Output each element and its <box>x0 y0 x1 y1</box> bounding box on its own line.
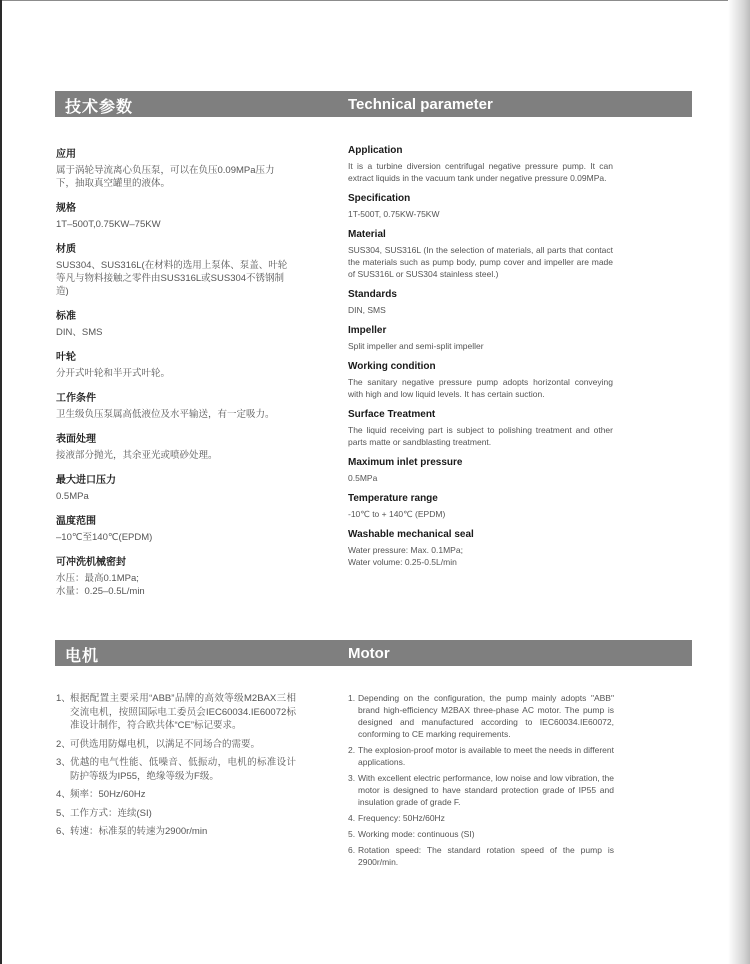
motor-item-cn: 4、频率：50Hz/60Hz <box>56 788 296 802</box>
section-header-motor: 电机 Motor <box>55 640 692 666</box>
param-value: 1T-500T, 0.75KW-75KW <box>348 208 613 220</box>
param-value: 接液部分抛光，其余亚光或喷砂处理。 <box>56 449 291 462</box>
motor-list-cn: 1、根据配置主要采用“ABB”品牌的高效等级M2BAX三相交流电机，按照国际电工… <box>56 692 296 844</box>
param-value: The sanitary negative pressure pump adop… <box>348 376 613 400</box>
item-text: Rotation speed: The standard rotation sp… <box>358 844 614 868</box>
param-label: 叶轮 <box>56 348 291 363</box>
param-value: It is a turbine diversion centrifugal ne… <box>348 160 613 184</box>
params-list-cn: 应用属于涡轮导流离心负压泵，可以在负压0.09MPa压力下，抽取真空罐里的液体。… <box>56 145 291 607</box>
motor-item-en: 2.The explosion-proof motor is available… <box>348 744 614 768</box>
param-value: -10℃ to + 140℃ (EPDM) <box>348 508 613 520</box>
item-number: 3. <box>348 772 358 808</box>
item-text: Frequency: 50Hz/60Hz <box>358 812 614 824</box>
param-max-inlet-pressure-en: Maximum inlet pressure0.5MPa <box>348 457 613 484</box>
item-text: 可供选用防爆电机，以满足不同场合的需要。 <box>70 738 296 752</box>
item-number: 5. <box>348 828 358 840</box>
motor-item-en: 4.Frequency: 50Hz/60Hz <box>348 812 614 824</box>
param-label: Working condition <box>348 361 613 372</box>
param-label: Surface Treatment <box>348 409 613 420</box>
param-standards-cn: 标准DIN、SMS <box>56 307 291 339</box>
page-right-shadow <box>728 0 750 964</box>
param-standards-en: StandardsDIN, SMS <box>348 289 613 316</box>
param-impeller-en: ImpellerSplit impeller and semi-split im… <box>348 325 613 352</box>
param-label: 可冲洗机械密封 <box>56 553 291 568</box>
param-max-inlet-pressure-cn: 最大进口压力0.5MPa <box>56 471 291 503</box>
param-temperature-range-en: Temperature range-10℃ to + 140℃ (EPDM) <box>348 493 613 520</box>
section-title-en: Technical parameter <box>348 96 493 113</box>
param-material-cn: 材质SUS304、SUS316L(在材料的选用上泵体、泵盖、叶轮等凡与物料接触之… <box>56 240 291 298</box>
param-impeller-cn: 叶轮分开式叶轮和半开式叶轮。 <box>56 348 291 380</box>
param-temperature-range-cn: 温度范围–10℃至140℃(EPDM) <box>56 512 291 544</box>
param-label: Maximum inlet pressure <box>348 457 613 468</box>
param-material-en: MaterialSUS304, SUS316L (In the selectio… <box>348 229 613 280</box>
section-title-cn: 技术参数 <box>65 94 133 117</box>
param-mechanical-seal-cn: 可冲洗机械密封水压：最高0.1MPa;水量：0.25–0.5L/min <box>56 553 291 598</box>
param-label: 温度范围 <box>56 512 291 527</box>
item-text: Working mode: continuous (SI) <box>358 828 614 840</box>
param-value: 卫生级负压泵属高低液位及水平输送，有一定吸力。 <box>56 408 291 421</box>
item-text: 工作方式：连续(SI) <box>70 807 296 821</box>
param-working-condition-cn: 工作条件卫生级负压泵属高低液位及水平输送，有一定吸力。 <box>56 389 291 421</box>
param-label: Application <box>348 145 613 156</box>
motor-list-en: 1.Depending on the configuration, the pu… <box>348 692 614 872</box>
motor-item-cn: 1、根据配置主要采用“ABB”品牌的高效等级M2BAX三相交流电机，按照国际电工… <box>56 692 296 733</box>
params-list-en: ApplicationIt is a turbine diversion cen… <box>348 145 613 577</box>
param-value-2: Water volume: 0.25-0.5L/min <box>348 556 613 568</box>
param-value: The liquid receiving part is subject to … <box>348 424 613 448</box>
param-surface-treatment-en: Surface TreatmentThe liquid receiving pa… <box>348 409 613 448</box>
param-specification-en: Specification1T-500T, 0.75KW-75KW <box>348 193 613 220</box>
param-value: –10℃至140℃(EPDM) <box>56 531 291 544</box>
param-label: 材质 <box>56 240 291 255</box>
param-value: SUS304、SUS316L(在材料的选用上泵体、泵盖、叶轮等凡与物料接触之零件… <box>56 259 291 298</box>
param-value: 分开式叶轮和半开式叶轮。 <box>56 367 291 380</box>
param-label: Impeller <box>348 325 613 336</box>
param-label: Standards <box>348 289 613 300</box>
item-text: Depending on the configuration, the pump… <box>358 692 614 740</box>
motor-item-cn: 5、工作方式：连续(SI) <box>56 807 296 821</box>
param-value: 0.5MPa <box>348 472 613 484</box>
param-value: 0.5MPa <box>56 490 291 503</box>
param-specification-cn: 规格1T–500T,0.75KW–75KW <box>56 199 291 231</box>
item-text: 根据配置主要采用“ABB”品牌的高效等级M2BAX三相交流电机，按照国际电工委员… <box>70 692 296 733</box>
param-label: 表面处理 <box>56 430 291 445</box>
param-value-2: 水量：0.25–0.5L/min <box>56 585 291 598</box>
param-label: Specification <box>348 193 613 204</box>
motor-item-en: 3.With excellent electric performance, l… <box>348 772 614 808</box>
item-number: 5、 <box>56 807 70 821</box>
param-value: Split impeller and semi-split impeller <box>348 340 613 352</box>
param-value: 属于涡轮导流离心负压泵，可以在负压0.09MPa压力下，抽取真空罐里的液体。 <box>56 164 291 190</box>
param-working-condition-en: Working conditionThe sanitary negative p… <box>348 361 613 400</box>
motor-item-en: 1.Depending on the configuration, the pu… <box>348 692 614 740</box>
param-application-cn: 应用属于涡轮导流离心负压泵，可以在负压0.09MPa压力下，抽取真空罐里的液体。 <box>56 145 291 190</box>
item-text: 频率：50Hz/60Hz <box>70 788 296 802</box>
item-number: 2、 <box>56 738 70 752</box>
param-value: 水压：最高0.1MPa; <box>56 572 291 585</box>
param-value: Water pressure: Max. 0.1MPa; <box>348 544 613 556</box>
param-label: 标准 <box>56 307 291 322</box>
param-label: 规格 <box>56 199 291 214</box>
page-left-edge <box>0 0 2 964</box>
item-number: 4. <box>348 812 358 824</box>
item-number: 6. <box>348 844 358 868</box>
param-label: Temperature range <box>348 493 613 504</box>
param-label: Material <box>348 229 613 240</box>
param-label: 应用 <box>56 145 291 160</box>
motor-item-cn: 6、转速：标准泵的转速为2900r/min <box>56 825 296 839</box>
param-value: 1T–500T,0.75KW–75KW <box>56 218 291 231</box>
item-number: 1. <box>348 692 358 740</box>
param-value: DIN、SMS <box>56 326 291 339</box>
param-value: SUS304, SUS316L (In the selection of mat… <box>348 244 613 280</box>
motor-item-cn: 2、可供选用防爆电机，以满足不同场合的需要。 <box>56 738 296 752</box>
item-number: 2. <box>348 744 358 768</box>
item-number: 6、 <box>56 825 70 839</box>
motor-item-en: 5.Working mode: continuous (SI) <box>348 828 614 840</box>
item-text: The explosion-proof motor is available t… <box>358 744 614 768</box>
page-top-edge <box>0 0 750 1</box>
item-text: 优越的电气性能、低噪音、低振动，电机的标准设计防护等级为IP55，绝缘等级为F级… <box>70 756 296 783</box>
motor-item-en: 6.Rotation speed: The standard rotation … <box>348 844 614 868</box>
section-title-en: Motor <box>348 645 390 662</box>
item-number: 4、 <box>56 788 70 802</box>
item-text: 转速：标准泵的转速为2900r/min <box>70 825 296 839</box>
param-mechanical-seal-en: Washable mechanical sealWater pressure: … <box>348 529 613 568</box>
section-title-cn: 电机 <box>65 643 99 666</box>
param-surface-treatment-cn: 表面处理接液部分抛光，其余亚光或喷砂处理。 <box>56 430 291 462</box>
param-value: DIN, SMS <box>348 304 613 316</box>
item-number: 3、 <box>56 756 70 783</box>
motor-item-cn: 3、优越的电气性能、低噪音、低振动，电机的标准设计防护等级为IP55，绝缘等级为… <box>56 756 296 783</box>
item-number: 1、 <box>56 692 70 733</box>
section-header-technical-parameter: 技术参数 Technical parameter <box>55 91 692 117</box>
param-label: Washable mechanical seal <box>348 529 613 540</box>
param-label: 工作条件 <box>56 389 291 404</box>
param-application-en: ApplicationIt is a turbine diversion cen… <box>348 145 613 184</box>
item-text: With excellent electric performance, low… <box>358 772 614 808</box>
param-label: 最大进口压力 <box>56 471 291 486</box>
